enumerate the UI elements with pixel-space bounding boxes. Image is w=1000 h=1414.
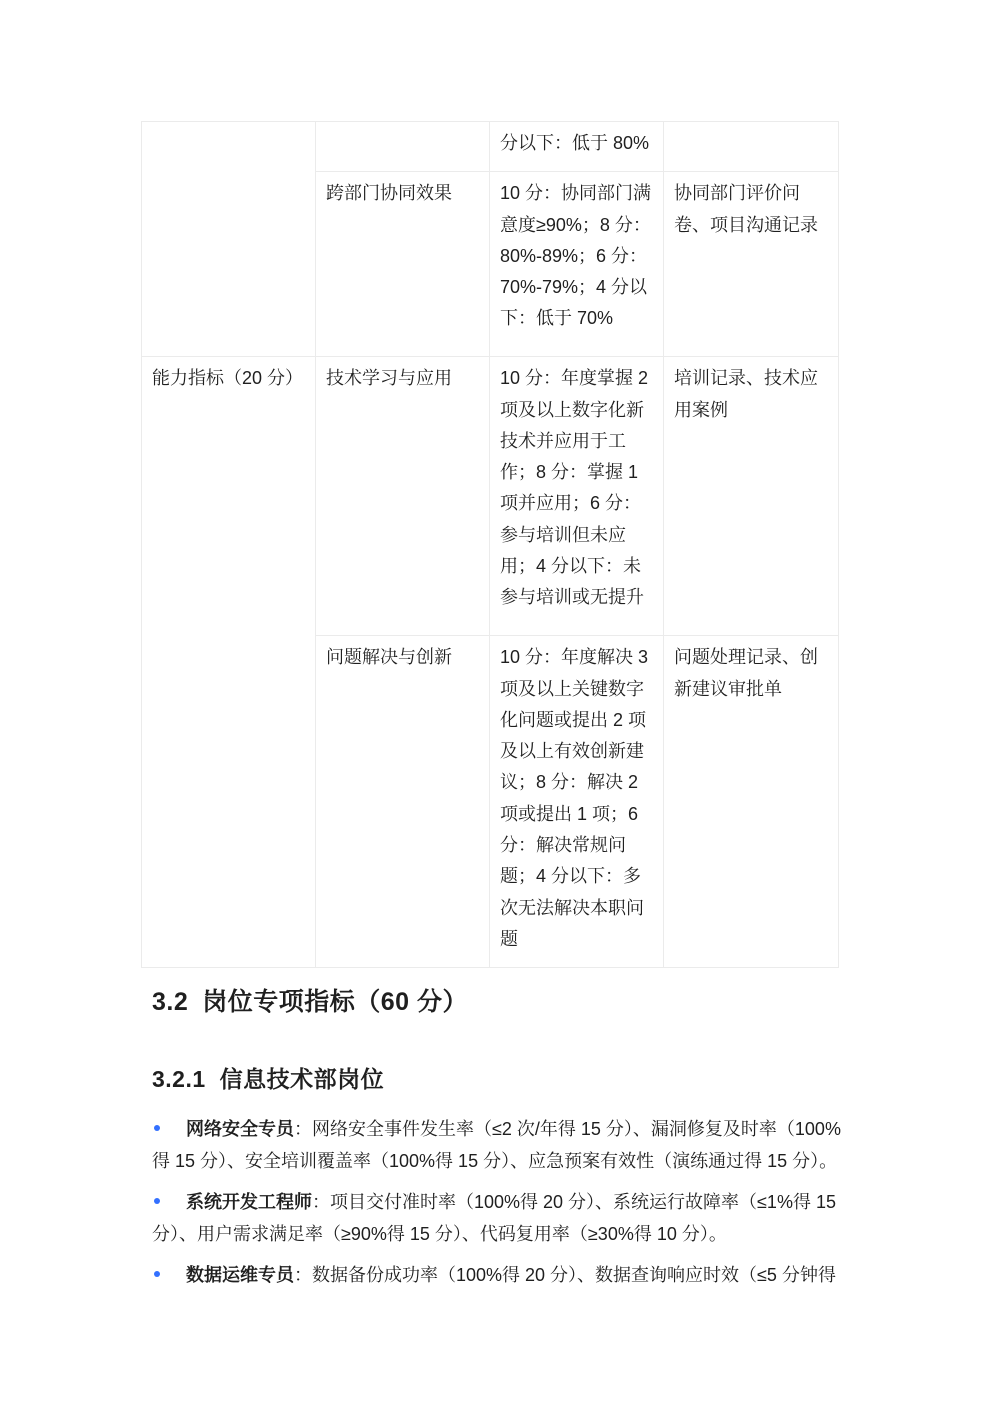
evidence-cell: 协同部门评价问卷、项目沟通记录 (664, 172, 839, 357)
table-row: 能力指标（20 分） 技术学习与应用 10 分：年度掌握 2 项及以上数字化新技… (142, 357, 839, 636)
list-item: 系统开发工程师：项目交付准时率（100%得 20 分）、系统运行故障率（≤1%得… (152, 1186, 852, 1250)
evidence-cell: 问题处理记录、创新建议审批单 (664, 636, 839, 968)
list-item: 网络安全专员：网络安全事件发生率（≤2 次/年得 15 分）、漏洞修复及时率（1… (152, 1113, 852, 1177)
list-item: 数据运维专员：数据备份成功率（100%得 20 分）、数据查询响应时效（≤5 分… (152, 1259, 852, 1291)
indicator-cell: 问题解决与创新 (316, 636, 490, 968)
bullet-icon (154, 1198, 160, 1204)
criteria-cell: 10 分：年度解决 3 项及以上关键数字化问题或提出 2 项及以上有效创新建议；… (490, 636, 664, 968)
kpi-table: 分以下：低于 80% 跨部门协同效果 10 分：协同部门满意度≥90%；8 分：… (141, 121, 839, 968)
indicator-cell: 跨部门协同效果 (316, 172, 490, 357)
document-page: 分以下：低于 80% 跨部门协同效果 10 分：协同部门满意度≥90%；8 分：… (0, 0, 1000, 1414)
category-cell (142, 122, 316, 357)
bullet-icon (154, 1125, 160, 1131)
evidence-cell (664, 122, 839, 172)
section-title: 岗位专项指标（60 分） (202, 988, 468, 1016)
section-number: 3.2.1 (152, 1066, 206, 1092)
criteria-cell: 分以下：低于 80% (490, 122, 664, 172)
role-name: 系统开发工程师 (186, 1192, 312, 1212)
evidence-cell: 培训记录、技术应用案例 (664, 357, 839, 636)
table-row: 分以下：低于 80% (142, 122, 839, 172)
role-separator: ： (294, 1119, 312, 1139)
indicator-cell: 技术学习与应用 (316, 357, 490, 636)
section-heading-3-2: 3.2岗位专项指标（60 分） (152, 982, 468, 1018)
role-name: 网络安全专员 (186, 1119, 294, 1139)
category-cell: 能力指标（20 分） (142, 357, 316, 968)
indicator-cell (316, 122, 490, 172)
criteria-cell: 10 分：协同部门满意度≥90%；8 分：80%-89%；6 分：70%-79%… (490, 172, 664, 357)
section-heading-3-2-1: 3.2.1信息技术部岗位 (152, 1061, 384, 1094)
role-separator: ： (294, 1265, 312, 1285)
role-list: 网络安全专员：网络安全事件发生率（≤2 次/年得 15 分）、漏洞修复及时率（1… (152, 1113, 852, 1300)
section-title: 信息技术部岗位 (220, 1066, 385, 1092)
bullet-icon (154, 1271, 160, 1277)
role-name: 数据运维专员 (186, 1265, 294, 1285)
role-description: 数据备份成功率（100%得 20 分）、数据查询响应时效（≤5 分钟得 (312, 1265, 836, 1285)
role-separator: ： (312, 1192, 330, 1212)
section-number: 3.2 (152, 988, 188, 1016)
criteria-cell: 10 分：年度掌握 2 项及以上数字化新技术并应用于工作；8 分：掌握 1 项并… (490, 357, 664, 636)
